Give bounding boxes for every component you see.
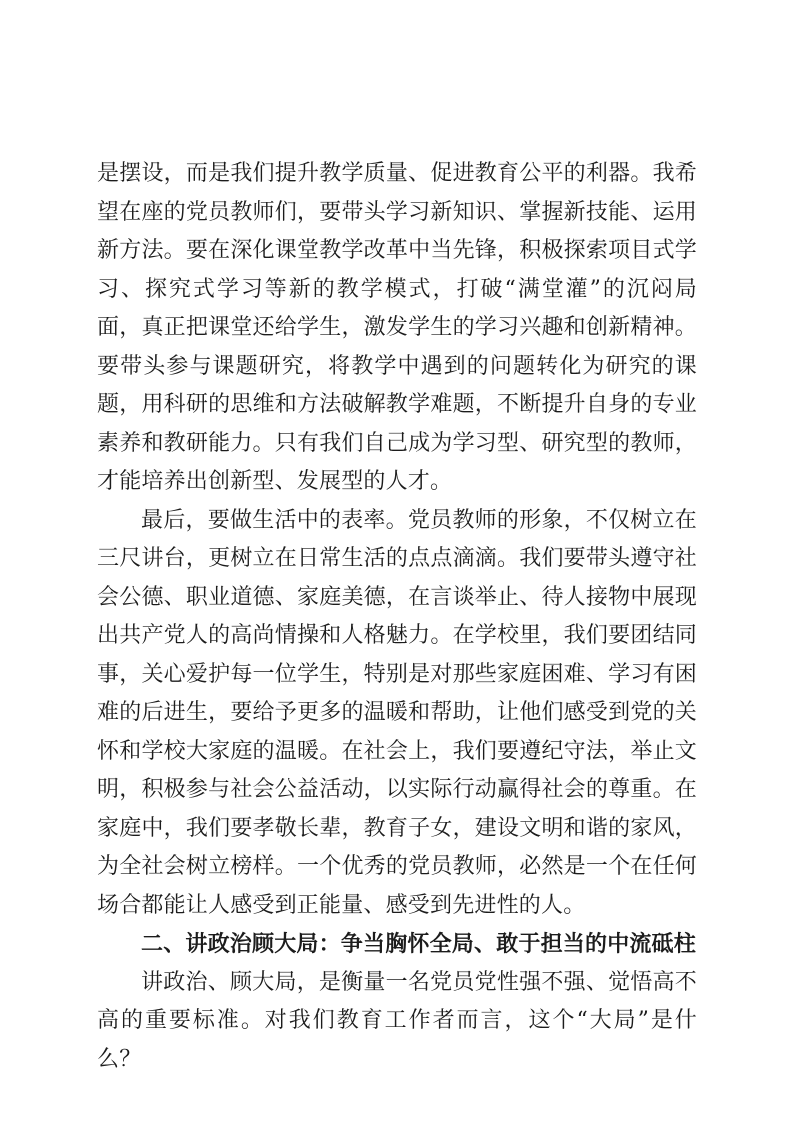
paragraph-politics-intro: 讲政治、顾大局，是衡量一名党员党性强不强、觉悟高不高的重要标准。对我们教育工作者… [97, 964, 697, 1080]
document-body: 是摆设，而是我们提升教学质量、促进教育公平的利器。我希望在座的党员教师们，要带头… [97, 155, 697, 1079]
section-heading-2: 二、讲政治顾大局：争当胸怀全局、敢于担当的中流砥柱 [97, 925, 697, 964]
paragraph-continued: 是摆设，而是我们提升教学质量、促进教育公平的利器。我希望在座的党员教师们，要带头… [97, 155, 697, 502]
paragraph-life-example: 最后，要做生活中的表率。党员教师的形象，不仅树立在三尺讲台，更树立在日常生活的点… [97, 502, 697, 926]
document-page: 是摆设，而是我们提升教学质量、促进教育公平的利器。我希望在座的党员教师们，要带头… [0, 0, 793, 1122]
